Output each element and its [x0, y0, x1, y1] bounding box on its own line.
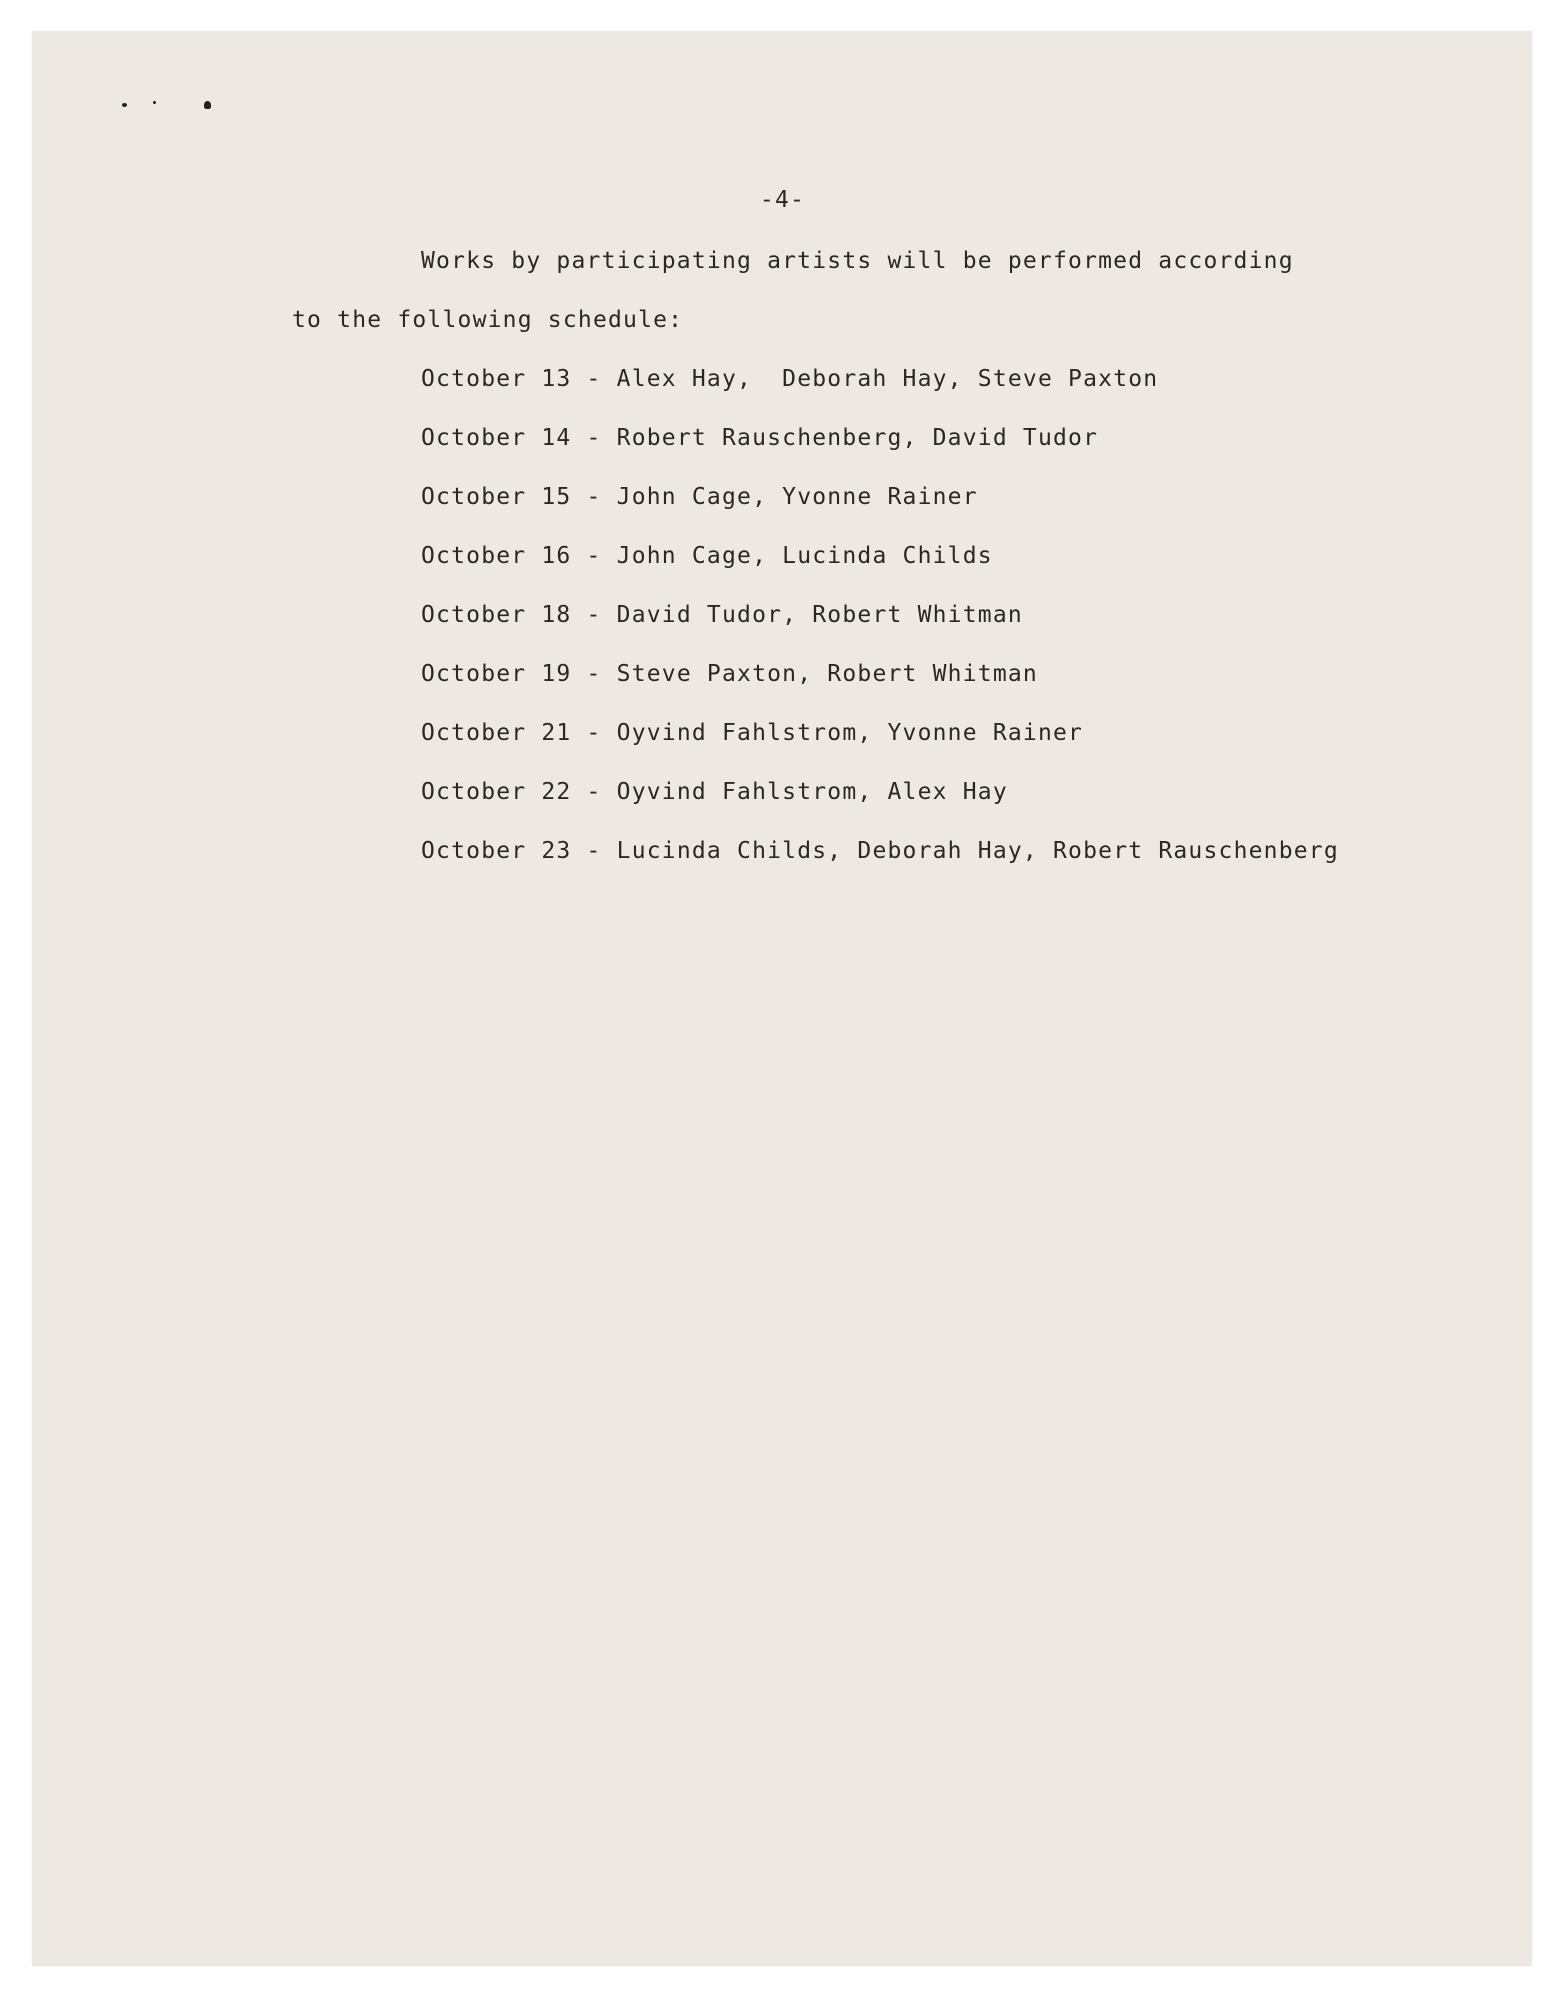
schedule-row: October 22 - Oyvind Fahlstrom, Alex Hay [421, 781, 1339, 840]
schedule-row: October 21 - Oyvind Fahlstrom, Yvonne Ra… [421, 722, 1339, 781]
intro-line-1: Works by participating artists will be p… [421, 250, 1294, 273]
schedule-separator: - [571, 484, 616, 510]
schedule-separator: - [571, 602, 616, 628]
schedule-date: October 13 [421, 366, 571, 392]
performance-schedule: October 13 - Alex Hay, Deborah Hay, Stev… [421, 368, 1339, 899]
schedule-artists: Oyvind Fahlstrom, Yvonne Rainer [617, 720, 1083, 746]
schedule-row: October 16 - John Cage, Lucinda Childs [421, 545, 1339, 604]
schedule-artists: Steve Paxton, Robert Whitman [617, 661, 1038, 687]
schedule-artists: Lucinda Childs, Deborah Hay, Robert Raus… [617, 838, 1339, 864]
schedule-date: October 16 [421, 543, 571, 569]
schedule-row: October 13 - Alex Hay, Deborah Hay, Stev… [421, 368, 1339, 427]
schedule-artists: John Cage, Yvonne Rainer [617, 484, 978, 510]
page-number: -4- [0, 189, 1565, 212]
paper-sheet [32, 31, 1532, 1966]
schedule-artists: John Cage, Lucinda Childs [617, 543, 993, 569]
schedule-row: October 18 - David Tudor, Robert Whitman [421, 604, 1339, 663]
schedule-artists: Alex Hay, Deborah Hay, Steve Paxton [617, 366, 1159, 392]
schedule-date: October 15 [421, 484, 571, 510]
schedule-row: October 14 - Robert Rauschenberg, David … [421, 427, 1339, 486]
intro-line-2: to the following schedule: [292, 309, 683, 332]
schedule-separator: - [571, 543, 616, 569]
schedule-separator: - [571, 779, 616, 805]
schedule-separator: - [571, 425, 616, 451]
schedule-date: October 18 [421, 602, 571, 628]
schedule-row: October 19 - Steve Paxton, Robert Whitma… [421, 663, 1339, 722]
schedule-artists: Robert Rauschenberg, David Tudor [617, 425, 1099, 451]
schedule-separator: - [571, 661, 616, 687]
schedule-artists: Oyvind Fahlstrom, Alex Hay [617, 779, 1008, 805]
schedule-separator: - [571, 366, 616, 392]
schedule-separator: - [571, 838, 616, 864]
schedule-date: October 14 [421, 425, 571, 451]
schedule-date: October 19 [421, 661, 571, 687]
schedule-artists: David Tudor, Robert Whitman [617, 602, 1023, 628]
schedule-row: October 23 - Lucinda Childs, Deborah Hay… [421, 840, 1339, 899]
schedule-row: October 15 - John Cage, Yvonne Rainer [421, 486, 1339, 545]
schedule-date: October 23 [421, 838, 571, 864]
schedule-separator: - [571, 720, 616, 746]
schedule-date: October 22 [421, 779, 571, 805]
schedule-date: October 21 [421, 720, 571, 746]
